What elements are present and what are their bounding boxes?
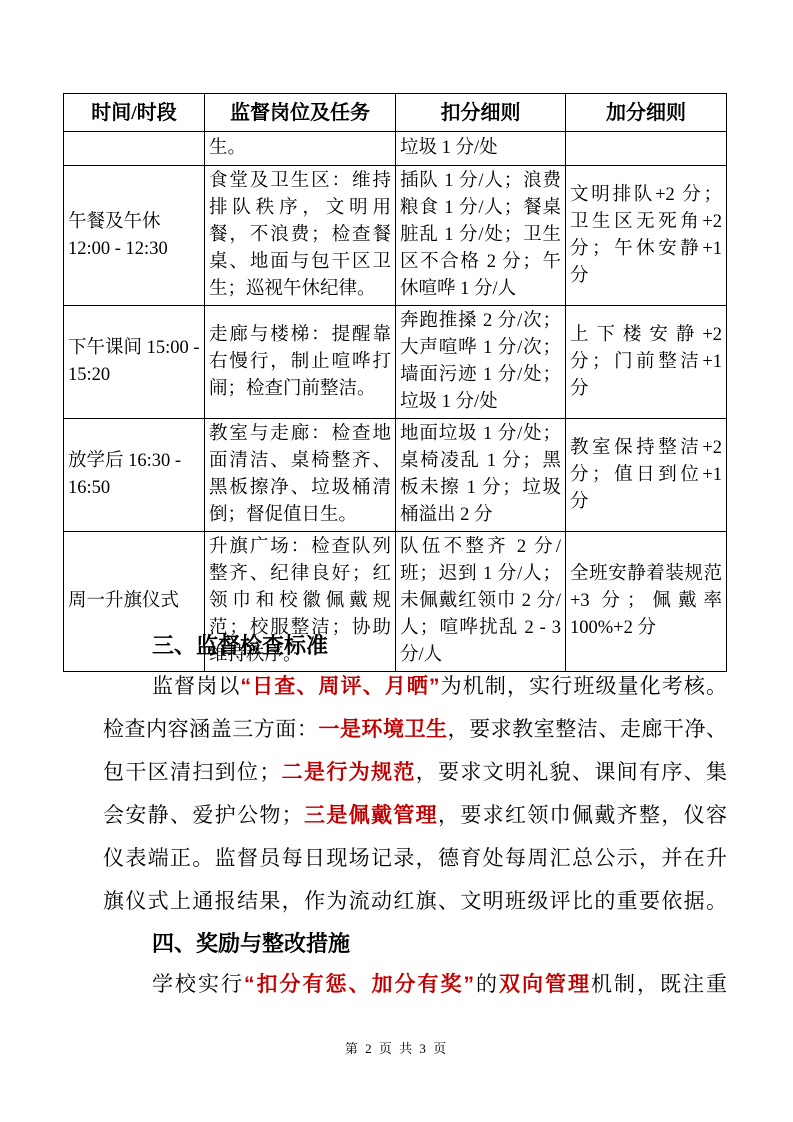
table-cell: 教室保持整洁+2 分；值日到位+1 分 bbox=[566, 419, 727, 532]
text-run: 机制，既注重 bbox=[591, 972, 727, 996]
highlight-run: 一是环境卫生 bbox=[318, 718, 447, 741]
highlight-run: 二是行为规范 bbox=[280, 761, 415, 784]
table-body: 生。垃圾 1 分/处午餐及午休 12:00 - 12:30食堂及卫生区：维持排队… bbox=[64, 132, 727, 672]
text-line: 包干区清扫到位；二是行为规范，要求文明礼貌、课间有序、集 bbox=[103, 751, 727, 794]
page-number-footer: 第 2 页 共 3 页 bbox=[0, 1038, 793, 1057]
header-cell-deduct: 扣分细则 bbox=[396, 94, 566, 132]
text-run: ，要求教室整洁、走廊干净、 bbox=[448, 717, 727, 741]
table-cell: 下午课间 15:00 - 15:20 bbox=[64, 306, 205, 419]
table-cell: 上下楼安静+2 分；门前整洁+1 分 bbox=[566, 306, 727, 419]
text-line: 旗仪式上通报结果，作为流动红旗、文明班级评比的重要依据。 bbox=[103, 880, 727, 923]
text-run: 会安静、爱护公物； bbox=[103, 803, 303, 827]
duty-table: 时间/时段 监督岗位及任务 扣分细则 加分细则 生。垃圾 1 分/处午餐及午休 … bbox=[63, 93, 727, 672]
text-line: 仪表端正。监督员每日现场记录，德育处每周汇总公示，并在升 bbox=[103, 837, 727, 880]
text-run: ，要求文明礼貌、课间有序、集 bbox=[416, 760, 727, 784]
body-text-block: 三、监督检查标准 监督岗以“日查、周评、月晒”为机制，实行班级量化考核。检查内容… bbox=[103, 629, 727, 1008]
table-cell: 文明排队+2 分；卫生区无死角+2 分；午休安静+1 分 bbox=[566, 166, 727, 306]
table-row: 生。垃圾 1 分/处 bbox=[64, 132, 727, 166]
table-cell: 教室与走廊：检查地面清洁、桌椅整齐、黑板擦净、垃圾桶清倒；督促值日生。 bbox=[205, 419, 396, 532]
table-cell: 生。 bbox=[205, 132, 396, 166]
text-run: 检查内容涵盖三方面： bbox=[103, 717, 318, 741]
text-run: 旗仪式上通报结果，作为流动红旗、文明班级评比的重要依据。 bbox=[103, 889, 727, 913]
highlight-run: “扣分有惩、加分有奖” bbox=[244, 973, 474, 996]
header-cell-duty: 监督岗位及任务 bbox=[205, 94, 396, 132]
highlight-run: 双向管理 bbox=[499, 973, 591, 996]
table-cell: 放学后 16:30 - 16:50 bbox=[64, 419, 205, 532]
table-cell: 地面垃圾 1 分/处；桌椅凌乱 1 分；黑板未擦 1 分；垃圾桶溢出 2 分 bbox=[396, 419, 566, 532]
table-cell: 奔跑推搡 2 分/次；大声喧哗 1 分/次；墙面污迹 1 分/处；垃圾 1 分/… bbox=[396, 306, 566, 419]
table-row: 午餐及午休 12:00 - 12:30食堂及卫生区：维持排队秩序，文明用餐，不浪… bbox=[64, 166, 727, 306]
table-cell bbox=[566, 132, 727, 166]
document-page: 时间/时段 监督岗位及任务 扣分细则 加分细则 生。垃圾 1 分/处午餐及午休 … bbox=[0, 0, 793, 1122]
section4-paragraph: 学校实行“扣分有惩、加分有奖”的双向管理机制，既注重 bbox=[103, 963, 727, 1006]
table-header-row: 时间/时段 监督岗位及任务 扣分细则 加分细则 bbox=[64, 94, 727, 132]
table-cell bbox=[64, 132, 205, 166]
section4-heading: 四、奖励与整改措施 bbox=[103, 927, 727, 960]
text-line: 会安静、爱护公物；三是佩戴管理，要求红领巾佩戴齐整，仪容 bbox=[103, 794, 727, 837]
highlight-run: “日查、周评、月晒” bbox=[240, 675, 439, 698]
text-run: 学校实行 bbox=[152, 972, 244, 996]
text-line: 监督岗以“日查、周评、月晒”为机制，实行班级量化考核。 bbox=[103, 665, 727, 708]
text-run: ，要求红领巾佩戴齐整，仪容 bbox=[438, 803, 727, 827]
section3-heading: 三、监督检查标准 bbox=[103, 629, 727, 662]
table-cell: 垃圾 1 分/处 bbox=[396, 132, 566, 166]
section3-paragraph: 监督岗以“日查、周评、月晒”为机制，实行班级量化考核。检查内容涵盖三方面：一是环… bbox=[103, 665, 727, 923]
text-line: 学校实行“扣分有惩、加分有奖”的双向管理机制，既注重 bbox=[103, 963, 727, 1006]
table-row: 放学后 16:30 - 16:50教室与走廊：检查地面清洁、桌椅整齐、黑板擦净、… bbox=[64, 419, 727, 532]
table-cell: 食堂及卫生区：维持排队秩序，文明用餐，不浪费；检查餐桌、地面与包干区卫生；巡视午… bbox=[205, 166, 396, 306]
table-cell: 走廊与楼梯：提醒靠右慢行，制止喧哗打闹；检查门前整洁。 bbox=[205, 306, 396, 419]
table-row: 下午课间 15:00 - 15:20走廊与楼梯：提醒靠右慢行，制止喧哗打闹；检查… bbox=[64, 306, 727, 419]
text-line: 检查内容涵盖三方面：一是环境卫生，要求教室整洁、走廊干净、 bbox=[103, 708, 727, 751]
text-run: 仪表端正。监督员每日现场记录，德育处每周汇总公示，并在升 bbox=[103, 846, 727, 870]
highlight-run: 三是佩戴管理 bbox=[303, 804, 438, 827]
header-cell-time: 时间/时段 bbox=[64, 94, 205, 132]
text-run: 监督岗以 bbox=[152, 674, 240, 698]
text-run: 为机制，实行班级量化考核。 bbox=[440, 674, 727, 698]
text-run: 的 bbox=[474, 972, 499, 996]
header-cell-bonus: 加分细则 bbox=[566, 94, 727, 132]
table-cell: 插队 1 分/人；浪费粮食 1 分/人；餐桌脏乱 1 分/处；卫生区不合格 2 … bbox=[396, 166, 566, 306]
text-run: 包干区清扫到位； bbox=[103, 760, 280, 784]
table-cell: 午餐及午休 12:00 - 12:30 bbox=[64, 166, 205, 306]
